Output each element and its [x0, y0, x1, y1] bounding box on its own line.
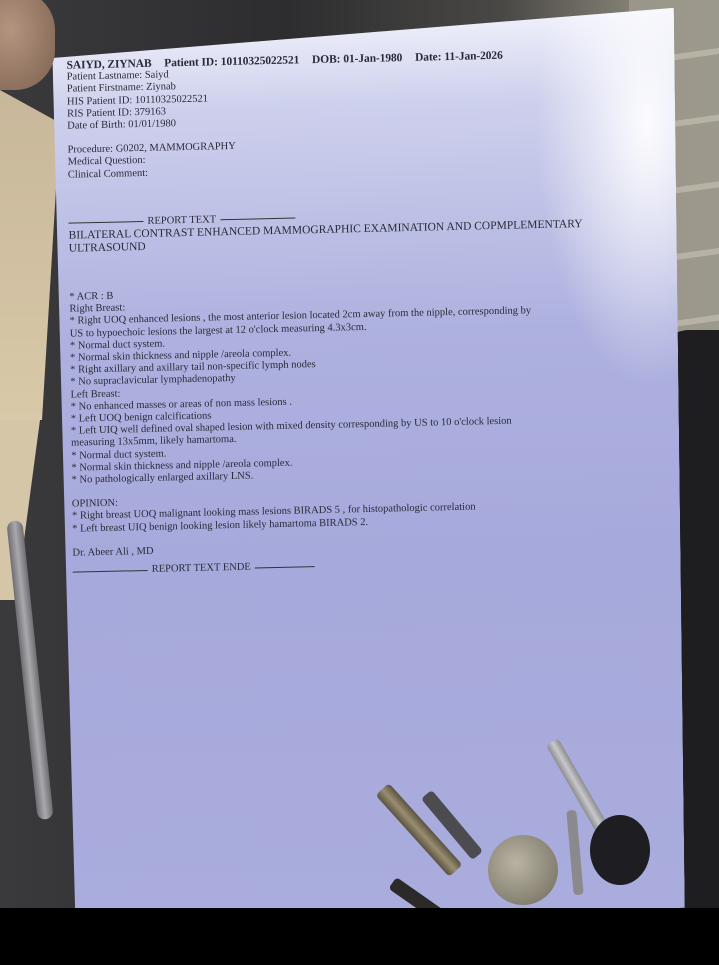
separator-rule: [68, 221, 143, 224]
separator-rule: [220, 218, 295, 221]
patient-id-label: Patient ID:: [164, 56, 218, 69]
dob-label: DOB:: [312, 53, 340, 66]
photo-scene: SAIYD, ZIYNAB Patient ID:10110325022521 …: [0, 0, 719, 908]
holding-thumb: [0, 0, 55, 90]
background-strap: [6, 520, 53, 820]
report-end-marker: REPORT TEXT ENDE: [152, 562, 251, 576]
black-key-fob: [590, 815, 650, 885]
date-label: Date:: [415, 51, 441, 64]
separator-rule: [255, 566, 315, 568]
date-value: 11-Jan-2026: [444, 50, 502, 63]
report-document: SAIYD, ZIYNAB Patient ID:10110325022521 …: [66, 46, 662, 578]
separator-rule: [73, 570, 148, 573]
key-icon: [566, 810, 583, 896]
patient-id: 10110325022521: [221, 54, 300, 68]
right-breast-section: Right Breast: * Right UOQ enhanced lesio…: [69, 291, 660, 390]
left-breast-section: Left Breast: * No enhanced masses or are…: [70, 376, 661, 487]
background-cream-fabric: [0, 90, 60, 420]
keychain: [400, 735, 660, 908]
coin-key-head: [488, 835, 558, 905]
dob-value: 01-Jan-1980: [343, 52, 402, 65]
